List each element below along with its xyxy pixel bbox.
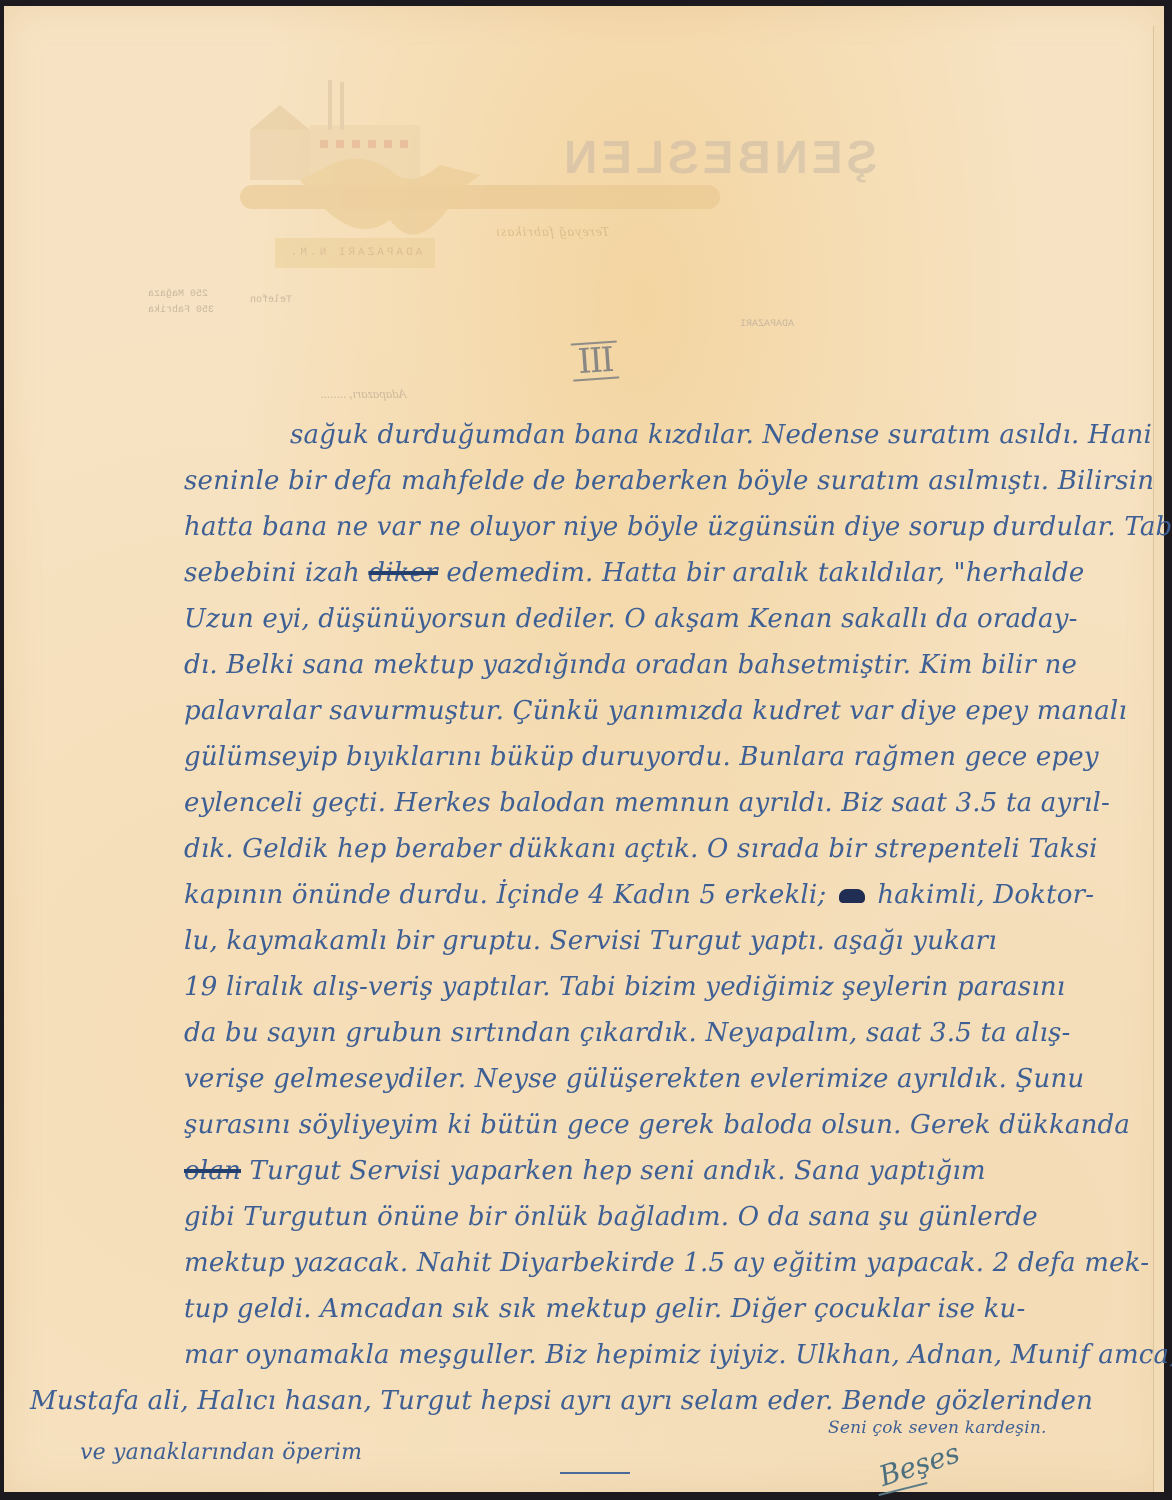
line-fragment: sebebini izah — [184, 558, 360, 588]
letter-line: mar oynamakla meşguller. Biz hepimiz iyi… — [184, 1340, 1172, 1370]
letter-line: verişe gelmeseydiler. Neyse gülüşerekten… — [184, 1064, 1084, 1094]
letter-line: tup geldi. Amcadan sık sık mektup gelir.… — [184, 1294, 1025, 1324]
letter-line: sağuk durduğumdan bana kızdılar. Nedense… — [290, 420, 1152, 450]
letter-line: kapının önünde durdu. İçinde 4 Kadın 5 e… — [184, 880, 1094, 910]
closing-phrase: Seni çok seven kardeşin. — [828, 1418, 1047, 1438]
letter-line: sebebini izah diker edemedim. Hatta bir … — [184, 558, 1084, 588]
letter-line: Mustafa ali, Halıcı hasan, Turgut hepsi … — [30, 1386, 1093, 1416]
letter-line: dı. Belki sana mektup yazdığında oradan … — [184, 650, 1077, 680]
ink-blot-icon — [839, 889, 865, 903]
letter-line: gibi Turgutun önüne bir önlük bağladım. … — [184, 1202, 1038, 1232]
letter-line: dık. Geldik hep beraber dükkanı açtık. O… — [184, 834, 1098, 864]
letter-line: lu, kaymakamlı bir gruptu. Servisi Turgu… — [184, 926, 997, 956]
letter-line: Uzun eyi, düşünüyorsun dediler. O akşam … — [184, 604, 1078, 634]
line-fragment: edemedim. Hatta bir aralık takıldılar, "… — [446, 558, 1084, 588]
closing-dash — [560, 1472, 630, 1474]
struck-word: olan — [184, 1156, 241, 1186]
letter-body: sağuk durduğumdan bana kızdılar. Nedense… — [0, 0, 1172, 1500]
line-fragment: Turgut Servisi yaparken hep seni andık. … — [249, 1156, 985, 1186]
line-fragment: kapının önünde durdu. İçinde 4 Kadın 5 e… — [184, 880, 826, 910]
letter-line: 19 liralık alış-veriş yaptılar. Tabi biz… — [184, 972, 1065, 1002]
letter-line: palavralar savurmuştur. Çünkü yanımızda … — [184, 696, 1127, 726]
letter-line: şurasını söyliyeyim ki bütün gece gerek … — [184, 1110, 1130, 1140]
letter-line: olan Turgut Servisi yaparken hep seni an… — [184, 1156, 986, 1186]
letter-line: ve yanaklarından öperim — [80, 1440, 362, 1465]
letter-line: seninle bir defa mahfelde de beraberken … — [184, 466, 1154, 496]
line-fragment: hakimli, Doktor- — [877, 880, 1094, 910]
letter-line: eylenceli geçti. Herkes balodan memnun a… — [184, 788, 1110, 818]
letter-line: da bu sayın grubun sırtından çıkardık. N… — [184, 1018, 1071, 1048]
letter-line: gülümseyip bıyıklarını büküp duruyordu. … — [184, 742, 1099, 772]
struck-word: diker — [368, 558, 438, 588]
letter-line: hatta bana ne var ne oluyor niye böyle ü… — [184, 512, 1172, 542]
letter-line: mektup yazacak. Nahit Diyarbekirde 1.5 a… — [184, 1248, 1149, 1278]
